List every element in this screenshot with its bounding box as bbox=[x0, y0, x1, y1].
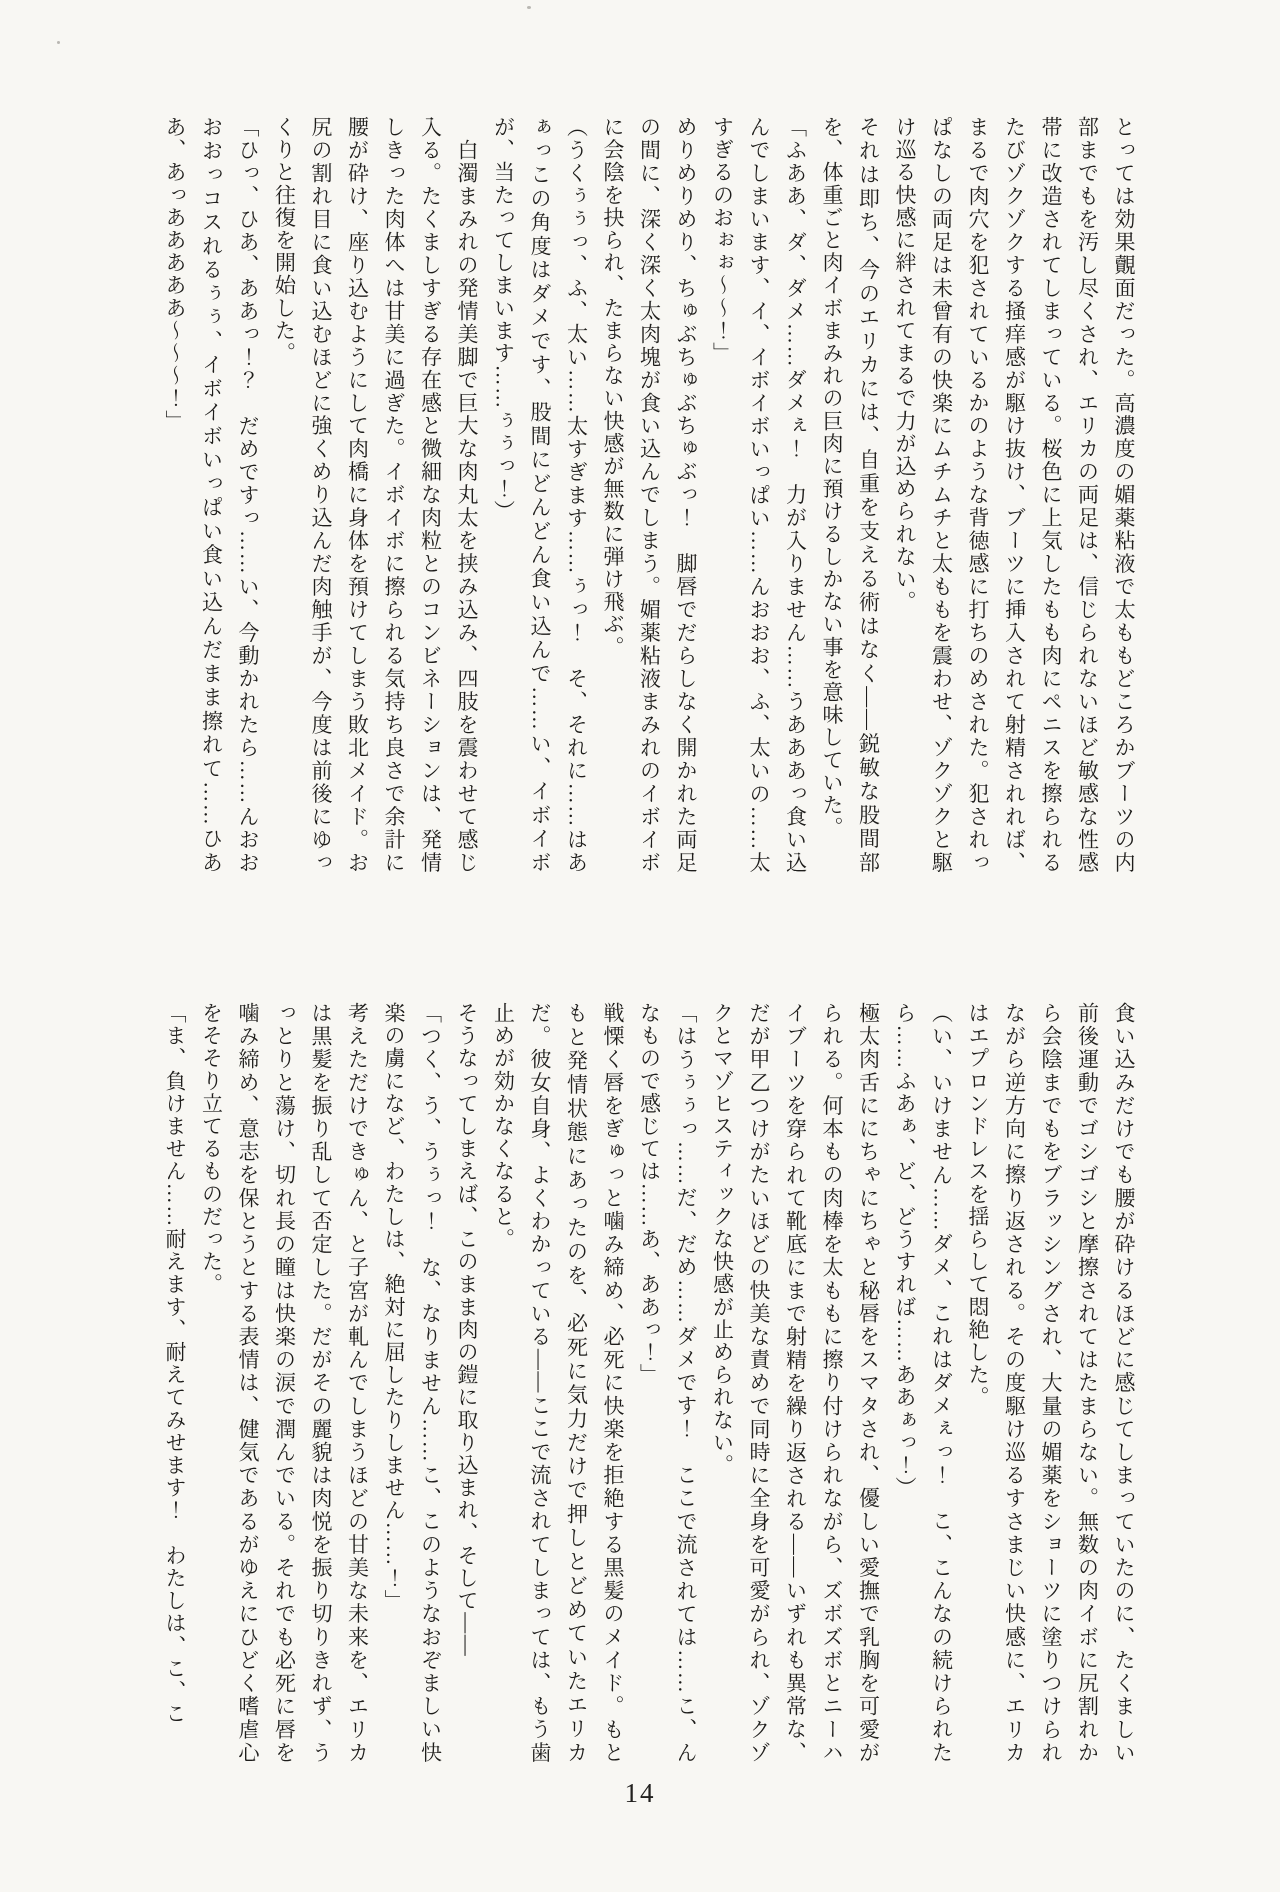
paragraph: そうなってしまえば、このまま肉の鎧に取り込まれ、そして—— bbox=[449, 1002, 486, 1764]
paragraph: 食い込みだけでも腰が砕けるほどに感じてしまっていたのに、たくましい前後運動でゴシ… bbox=[960, 1002, 1143, 1764]
paragraph: 白濁まみれの発情美脚で巨大な肉丸太を挟み込み、四肢を震わせて感じ入る。たくましす… bbox=[266, 116, 485, 874]
paragraph: とっては効果覿面だった。高濃度の媚薬粘液で太ももどころかブーツの内部までもを汚し… bbox=[887, 116, 1143, 874]
page-number: 14 bbox=[0, 1778, 1280, 1809]
scan-speck bbox=[57, 41, 60, 44]
scanned-novel-page: とっては効果覿面だった。高濃度の媚薬粘液で太ももどころかブーツの内部までもを汚し… bbox=[0, 0, 1280, 1892]
top-text-block: とっては効果覿面だった。高濃度の媚薬粘液で太ももどころかブーツの内部までもを汚し… bbox=[157, 116, 1143, 874]
paragraph: それは即ち、今のエリカには、自重を支える術はなく——鋭敏な股間部を、体重ごと肉イ… bbox=[814, 116, 887, 874]
paragraph: 「つく、う、うぅっ！ な、なりません……こ、このようなおぞましい快楽の虜になど、… bbox=[376, 1002, 449, 1764]
paragraph: 「はうぅぅっ……だ、だめ……ダメです！ ここで流されては……こ、んなもので感じて… bbox=[631, 1002, 704, 1764]
paragraph: 「ふああ、ダ、ダメ……ダメぇ！ 力が入りません……うあああっ食い込んでしまいます… bbox=[704, 116, 814, 874]
paragraph: 考えただけできゅん、と子宮が軋んでしまうほどの甘美な未来を、エリカは黒髪を振り乱… bbox=[193, 1002, 376, 1764]
paragraph: 極太肉舌ににちゃにちゃと秘唇をスマタされ、優しい愛撫で乳胸を可愛がられる。何本も… bbox=[704, 1002, 887, 1764]
bottom-text-block: 食い込みだけでも腰が砕けるほどに感じてしまっていたのに、たくましい前後運動でゴシ… bbox=[157, 1002, 1143, 1764]
paragraph: （い、いけません……ダメ、これはダメぇっ！ こ、こんなの続けられたら……ふあぁ、… bbox=[887, 1002, 960, 1764]
paragraph: 「ひっ、ひあ、ああっ！？ だめですっ……い、今動かれたら……んおおおおっコスれる… bbox=[157, 116, 267, 874]
paragraph: めりめりめり、ちゅぶちゅぶちゅぶっ！ 脚唇でだらしなく開かれた両足の間に、深く深… bbox=[595, 116, 705, 874]
paragraph: （うくぅぅっ、ふ、太い……太すぎます……ぅっ！ そ、それに……はあぁっこの角度は… bbox=[485, 116, 595, 874]
paragraph: 「ま、負けません……耐えます、耐えてみせます！ わたしは、こ、こ bbox=[157, 1002, 194, 1764]
paragraph: 戦慄く唇をぎゅっと噛み締め、必死に快楽を拒絶する黒髪のメイド。もともと発情状態に… bbox=[485, 1002, 631, 1764]
scan-speck bbox=[527, 6, 531, 9]
